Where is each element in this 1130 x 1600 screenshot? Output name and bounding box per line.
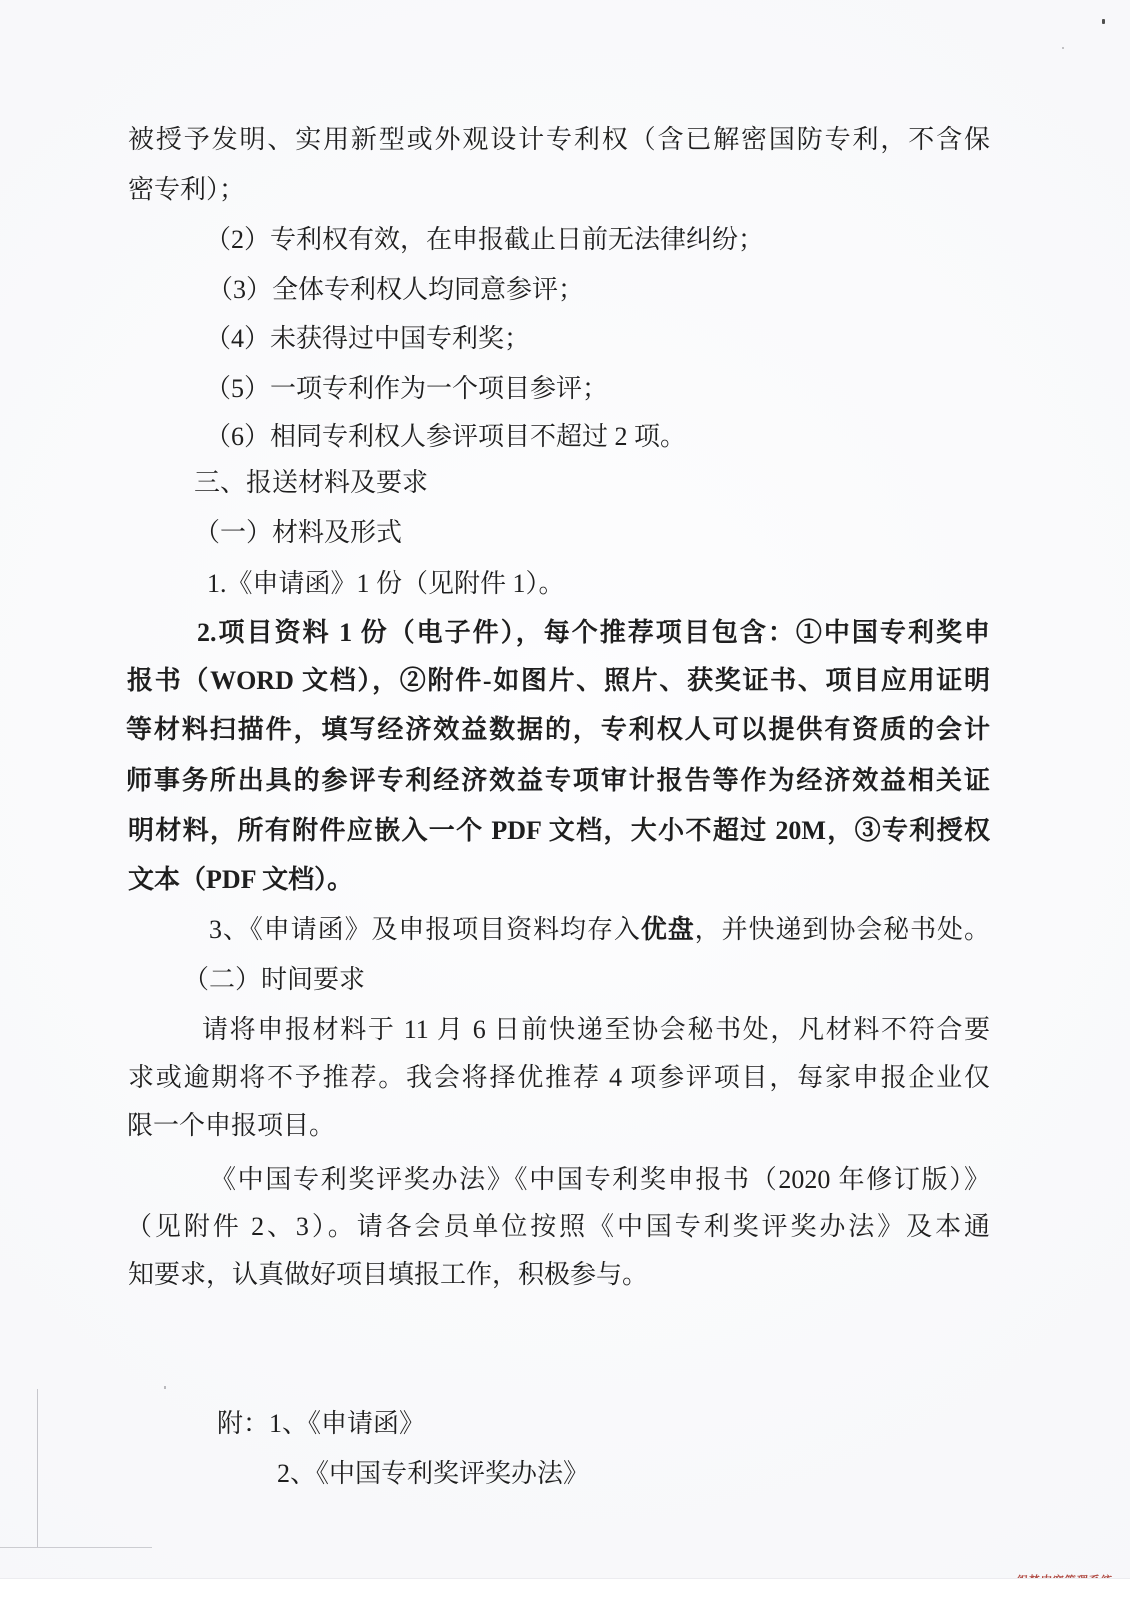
text-line: （5）一项专利作为一个项目参评； [205, 364, 608, 414]
text-line: （见附件 2、3）。请各会员单位按照《中国专利奖评奖办法》及本通 [126, 1202, 990, 1252]
text-line: 附：1、《申请函》 [217, 1399, 425, 1449]
text-segment: ，并快递到协会秘书处。 [695, 915, 990, 944]
text-segment: 三、报送材料及要求 [194, 468, 428, 497]
text-line: 《中国专利奖评奖办法》《中国专利奖申报书（2020 年修订版）》 [210, 1155, 990, 1205]
text-segment: （3）全体专利权人均同意参评； [207, 275, 584, 304]
text-line: 知要求，认真做好项目填报工作，积极参与。 [128, 1250, 648, 1300]
text-line: 求或逾期将不予推荐。我会将择优推荐 4 项参评项目，每家申报企业仅 [128, 1053, 990, 1103]
text-line: 请将申报材料于 11 月 6 日前快递至协会秘书处，凡材料不符合要 [202, 1005, 990, 1055]
text-line: 限一个申报项目。 [127, 1101, 335, 1151]
text-segment: 2、《中国专利奖评奖办法》 [277, 1459, 589, 1488]
text-segment: （6）相同专利权人参评项目不超过 2 项。 [205, 422, 686, 451]
text-line: 三、报送材料及要求 [194, 458, 428, 508]
text-segment: 限一个申报项目。 [127, 1111, 335, 1140]
text-line: （4）未获得过中国专利奖； [205, 314, 530, 364]
text-segment: 报书（WORD 文档），②附件-如图片、照片、获奖证书、项目应用证明 [127, 666, 990, 695]
text-segment: 请将申报材料于 11 月 6 日前快递至协会秘书处，凡材料不符合要 [202, 1015, 990, 1044]
text-line: 报书（WORD 文档），②附件-如图片、照片、获奖证书、项目应用证明 [127, 656, 990, 706]
text-segment: 师事务所出具的参评专利经济效益专项审计报告等作为经济效益相关证 [126, 766, 990, 795]
text-segment: （见附件 2、3）。请各会员单位按照《中国专利奖评奖办法》及本通 [126, 1212, 990, 1241]
text-line: （一）材料及形式 [194, 508, 402, 558]
text-segment: 附：1、《申请函》 [217, 1409, 425, 1438]
text-line: 2、《中国专利奖评奖办法》 [277, 1449, 589, 1499]
text-line: 被授予发明、实用新型或外观设计专利权（含已解密国防专利，不含保 [128, 115, 990, 165]
scan-speck [1062, 47, 1064, 49]
text-line: 明材料，所有附件应嵌入一个 PDF 文档，大小不超过 20M，③专利授权 [128, 806, 990, 856]
text-line: （二）时间要求 [183, 955, 365, 1005]
text-line: 密专利）； [128, 165, 245, 215]
text-segment: 明材料，所有附件应嵌入一个 PDF 文档，大小不超过 20M，③专利授权 [128, 816, 990, 845]
text-line: （2）专利权有效，在申报截止日前无法律纠纷； [205, 215, 764, 265]
text-segment: （4）未获得过中国专利奖； [205, 324, 530, 353]
scan-artifact-horizontal-line [0, 1547, 152, 1548]
text-segment: 3、《申请函》及申报项目资料均存入 [209, 915, 641, 944]
scanned-document-page: 被授予发明、实用新型或外观设计专利权（含已解密国防专利，不含保密专利）；（2）专… [0, 0, 1130, 1600]
text-line: 师事务所出具的参评专利经济效益专项审计报告等作为经济效益相关证 [126, 756, 990, 806]
text-line: 3、《申请函》及申报项目资料均存入优盘，并快递到协会秘书处。 [209, 905, 990, 955]
scan-speck [164, 1386, 166, 1389]
text-segment: 《中国专利奖评奖办法》《中国专利奖申报书（2020 年修订版）》 [210, 1165, 990, 1194]
text-segment: 1.《申请函》1 份（见附件 1）。 [207, 569, 565, 598]
text-segment: 被授予发明、实用新型或外观设计专利权（含已解密国防专利，不含保 [128, 125, 990, 154]
text-segment: （二）时间要求 [183, 965, 365, 994]
text-segment: 优盘 [641, 915, 695, 944]
text-line: 2.项目资料 1 份（电子件），每个推荐项目包含：①中国专利奖申 [197, 608, 990, 658]
scan-speck [1102, 19, 1105, 24]
text-line: （6）相同专利权人参评项目不超过 2 项。 [205, 412, 686, 462]
text-segment: （5）一项专利作为一个项目参评； [205, 374, 608, 403]
text-line: 文本（PDF 文档）。 [128, 855, 353, 905]
text-segment: 密专利）； [128, 175, 245, 204]
text-segment: （一）材料及形式 [194, 518, 402, 547]
text-line: （3）全体专利权人均同意参评； [207, 265, 584, 315]
text-segment: 2.项目资料 1 份（电子件），每个推荐项目包含：①中国专利奖申 [197, 618, 990, 647]
text-segment: 文本（PDF 文档）。 [128, 865, 353, 894]
scan-edge-strip [0, 1578, 1130, 1600]
text-line: 等材料扫描件，填写经济效益数据的，专利权人可以提供有资质的会计 [126, 705, 990, 755]
scan-artifact-vertical-line [37, 1389, 38, 1547]
text-segment: 等材料扫描件，填写经济效益数据的，专利权人可以提供有资质的会计 [126, 715, 990, 744]
text-segment: （2）专利权有效，在申报截止日前无法律纠纷； [205, 225, 764, 254]
text-segment: 求或逾期将不予推荐。我会将择优推荐 4 项参评项目，每家申报企业仅 [128, 1063, 990, 1092]
text-line: 1.《申请函》1 份（见附件 1）。 [207, 559, 565, 609]
text-segment: 知要求，认真做好项目填报工作，积极参与。 [128, 1260, 648, 1289]
